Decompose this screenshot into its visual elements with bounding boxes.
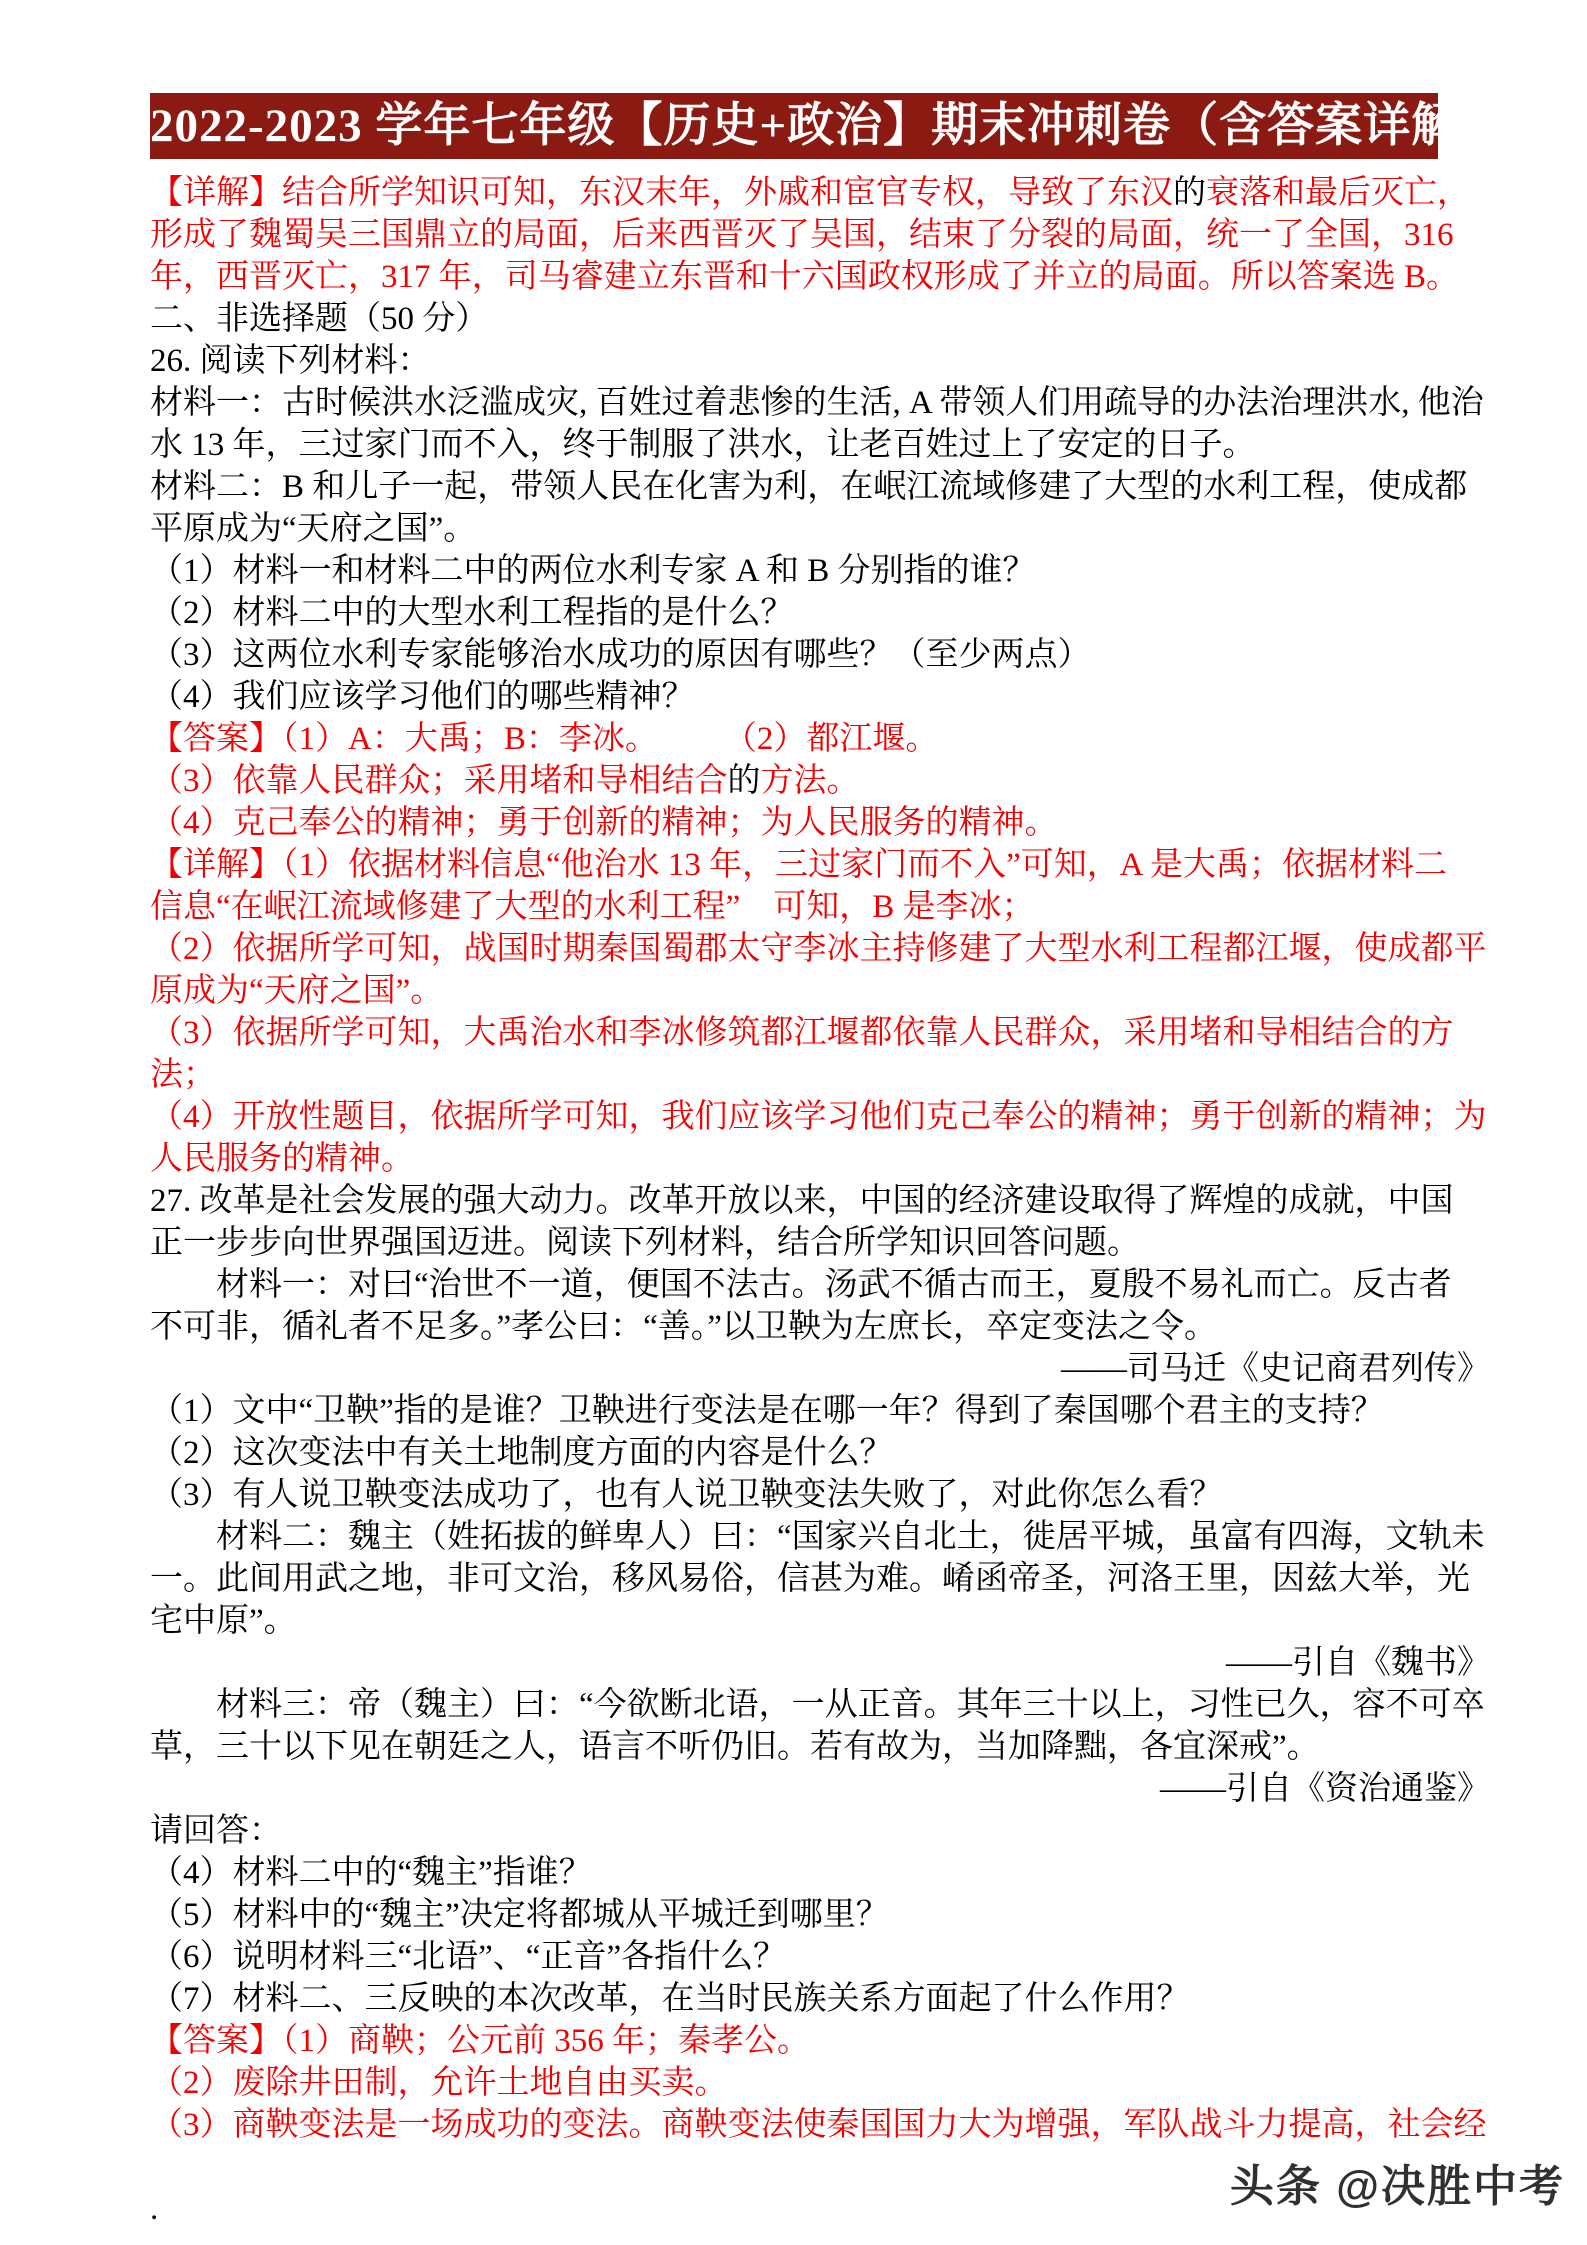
- doc-line: ——引自《资治通鉴》: [150, 1768, 1490, 1810]
- doc-line: 形成了魏蜀吴三国鼎立的局面，后来西晋灭了吴国，结束了分裂的局面，统一了全国，31…: [150, 214, 1490, 256]
- doc-text-segment: （4）克己奉公的精神；勇于创新的精神；为人民服务的精神。: [150, 805, 1058, 841]
- doc-text-segment: 材料一：对曰“治世不一道，便国不法古。汤武不循古而王，夏殷不易礼而亡。反古者: [150, 1267, 1452, 1303]
- doc-line: 【答案】（1）A：大禹；B：李冰。 （2）都江堰。: [150, 718, 1490, 760]
- doc-text-segment: 的: [728, 763, 761, 799]
- doc-line: 请回答：: [150, 1810, 1490, 1852]
- doc-line: 27. 改革是社会发展的强大动力。改革开放以来，中国的经济建设取得了辉煌的成就，…: [150, 1180, 1490, 1222]
- doc-text-segment: 【答案】（1）商鞅；公元前 356 年；秦孝公。: [150, 2023, 810, 2059]
- doc-line: （6）说明材料三“北语”、“正音”各指什么？: [150, 1936, 1490, 1978]
- doc-line: 材料二：魏主（姓拓拔的鲜卑人）曰：“国家兴自北土，徙居平城，虽富有四海，文轨未: [150, 1516, 1490, 1558]
- doc-text-segment: 材料二：魏主（姓拓拔的鲜卑人）曰：“国家兴自北土，徙居平城，虽富有四海，文轨未: [150, 1519, 1485, 1555]
- doc-text-segment: （4）开放性题目，依据所学可知，我们应该学习他们克己奉公的精神；勇于创新的精神；…: [150, 1099, 1487, 1135]
- doc-line: （3）依靠人民群众；采用堵和导相结合的方法。: [150, 760, 1490, 802]
- doc-text-segment: 材料二：B 和儿子一起，带领人民在化害为利，在岷江流域修建了大型的水利工程，使成…: [150, 469, 1467, 505]
- doc-text-segment: （6）说明材料三“北语”、“正音”各指什么？: [150, 1939, 786, 1975]
- doc-text-segment: 请回答：: [150, 1813, 282, 1849]
- doc-text-segment: （3）有人说卫鞅变法成功了，也有人说卫鞅变法失败了，对此你怎么看？: [150, 1477, 1223, 1513]
- doc-text-segment: （2）这次变法中有关土地制度方面的内容是什么？: [150, 1435, 893, 1471]
- doc-text-segment: 信息“在岷江流域修建了大型的水利工程” 可知，B 是李冰；: [150, 889, 1035, 925]
- doc-line: 材料二：B 和儿子一起，带领人民在化害为利，在岷江流域修建了大型的水利工程，使成…: [150, 466, 1490, 508]
- doc-line: ——引自《魏书》: [150, 1642, 1490, 1684]
- doc-line: 一。此间用武之地，非可文治，移风易俗，信甚为难。崤函帝圣，河洛王里，因兹大举，光: [150, 1558, 1490, 1600]
- doc-line: （2）废除井田制，允许土地自由买卖。: [150, 2062, 1490, 2104]
- doc-text-segment: 一。此间用武之地，非可文治，移风易俗，信甚为难。崤函帝圣，河洛王里，因兹大举，光: [150, 1561, 1470, 1597]
- doc-line: 人民服务的精神。: [150, 1138, 1490, 1180]
- doc-text-segment: 平原成为“天府之国”。: [150, 511, 476, 547]
- doc-line: （3）有人说卫鞅变法成功了，也有人说卫鞅变法失败了，对此你怎么看？: [150, 1474, 1490, 1516]
- doc-line: （1）文中“卫鞅”指的是谁？卫鞅进行变法是在哪一年？得到了秦国哪个君主的支持？: [150, 1390, 1490, 1432]
- doc-text-segment: 27. 改革是社会发展的强大动力。改革开放以来，中国的经济建设取得了辉煌的成就，…: [150, 1183, 1454, 1219]
- doc-line: （2）依据所学可知，战国时期秦国蜀郡太守李冰主持修建了大型水利工程都江堰，使成都…: [150, 928, 1490, 970]
- doc-text-segment: （3）这两位水利专家能够治水成功的原因有哪些？（至少两点）: [150, 637, 1091, 673]
- doc-text-segment: （1）文中“卫鞅”指的是谁？卫鞅进行变法是在哪一年？得到了秦国哪个君主的支持？: [150, 1393, 1384, 1429]
- doc-text-segment: 宅中原”。: [150, 1603, 297, 1639]
- doc-text-segment: （2）依据所学可知，战国时期秦国蜀郡太守李冰主持修建了大型水利工程都江堰，使成都…: [150, 931, 1487, 967]
- doc-text-segment: 人民服务的精神。: [150, 1141, 414, 1177]
- watermark-text: 头条 @决胜中考: [1230, 2162, 1565, 2211]
- doc-line: （4）开放性题目，依据所学可知，我们应该学习他们克己奉公的精神；勇于创新的精神；…: [150, 1096, 1490, 1138]
- doc-line: 26. 阅读下列材料：: [150, 340, 1490, 382]
- doc-line: 信息“在岷江流域修建了大型的水利工程” 可知，B 是李冰；: [150, 886, 1490, 928]
- doc-text-segment: 方法。: [761, 763, 860, 799]
- doc-text-segment: 【详解】（1）依据材料信息“他治水 13 年，三过家门而不入”可知，A 是大禹；…: [150, 847, 1447, 883]
- doc-text-segment: 材料三：帝（魏主）曰：“今欲断北语，一从正音。其年三十以上，习性已久，容不可卒: [150, 1687, 1485, 1723]
- doc-line: 材料三：帝（魏主）曰：“今欲断北语，一从正音。其年三十以上，习性已久，容不可卒: [150, 1684, 1490, 1726]
- doc-line: 平原成为“天府之国”。: [150, 508, 1490, 550]
- doc-text-segment: 形成了魏蜀吴三国鼎立的局面，后来西晋灭了吴国，结束了分裂的局面，统一了全国，31…: [150, 217, 1454, 253]
- doc-line: （3）这两位水利专家能够治水成功的原因有哪些？（至少两点）: [150, 634, 1490, 676]
- doc-line: （5）材料中的“魏主”决定将都城从平城迁到哪里？: [150, 1894, 1490, 1936]
- doc-text-segment: （2）材料二中的大型水利工程指的是什么？: [150, 595, 794, 631]
- toutiao-watermark: 头条 @决胜中考: [1230, 2150, 1565, 2214]
- doc-line: （7）材料二、三反映的本次改革，在当时民族关系方面起了什么作用？: [150, 1978, 1490, 2020]
- doc-line: 【详解】（1）依据材料信息“他治水 13 年，三过家门而不入”可知，A 是大禹；…: [150, 844, 1490, 886]
- doc-text-segment: ——司马迁《史记商君列传》: [1061, 1351, 1490, 1387]
- doc-text-segment: .: [150, 2191, 158, 2227]
- doc-text-segment: ——引自《资治通鉴》: [1160, 1771, 1490, 1807]
- exam-body-text: 【详解】结合所学知识可知，东汉末年，外戚和宦官专权，导致了东汉的衰落和最后灭亡，…: [150, 172, 1490, 2230]
- doc-text-segment: 26. 阅读下列材料：: [150, 343, 431, 379]
- doc-text-segment: 【答案】（1）A：大禹；B：李冰。 （2）都江堰。: [150, 721, 938, 757]
- doc-text-segment: （3）依靠人民群众；采用堵和导相结合: [150, 763, 728, 799]
- doc-line: 水 13 年，三过家门而不入，终于制服了洪水，让老百姓过上了安定的日子。: [150, 424, 1490, 466]
- doc-line: （4）材料二中的“魏主”指谁？: [150, 1852, 1490, 1894]
- doc-line: 【详解】结合所学知识可知，东汉末年，外戚和宦官专权，导致了东汉的衰落和最后灭亡，: [150, 172, 1490, 214]
- doc-text-segment: ——引自《魏书》: [1226, 1645, 1490, 1681]
- doc-text-segment: 年，西晋灭亡，317 年，司马睿建立东晋和十六国政权形成了并立的局面。所以答案选…: [150, 259, 1459, 295]
- doc-text-segment: （1）材料一和材料二中的两位水利专家 A 和 B 分别指的谁？: [150, 553, 1036, 589]
- doc-line: 宅中原”。: [150, 1600, 1490, 1642]
- doc-text-segment: （3）依据所学可知，大禹治水和李冰修筑都江堰都依靠人民群众，采用堵和导相结合的方…: [150, 1015, 1454, 1093]
- doc-line: 材料一：对曰“治世不一道，便国不法古。汤武不循古而王，夏殷不易礼而亡。反古者: [150, 1264, 1490, 1306]
- doc-text-segment: 草，三十以下见在朝廷之人，语言不听仍旧。若有故为，当加降黜，各宜深戒”。: [150, 1729, 1320, 1765]
- doc-text-segment: （5）材料中的“魏主”决定将都城从平城迁到哪里？: [150, 1897, 889, 1933]
- doc-line: （2）材料二中的大型水利工程指的是什么？: [150, 592, 1490, 634]
- exam-document-page: 2022-2023 学年七年级【历史+政治】期末冲刺卷（含答案详解） 【详解】结…: [0, 0, 1587, 2245]
- doc-text-segment: （4）材料二中的“魏主”指谁？: [150, 1855, 592, 1891]
- doc-line: 年，西晋灭亡，317 年，司马睿建立东晋和十六国政权形成了并立的局面。所以答案选…: [150, 256, 1490, 298]
- doc-line: （2）这次变法中有关土地制度方面的内容是什么？: [150, 1432, 1490, 1474]
- doc-text-segment: （2）废除井田制，允许土地自由买卖。: [150, 2065, 728, 2101]
- doc-text-segment: 正一步步向世界强国迈进。阅读下列材料，结合所学知识回答问题。: [150, 1225, 1140, 1261]
- doc-text-segment: 水 13 年，三过家门而不入，终于制服了洪水，让老百姓过上了安定的日子。: [150, 427, 1256, 463]
- doc-line: （1）材料一和材料二中的两位水利专家 A 和 B 分别指的谁？: [150, 550, 1490, 592]
- doc-text-segment: 材料一：古时候洪水泛滥成灾, 百姓过着悲惨的生活, A 带领人们用疏导的办法治理…: [150, 385, 1484, 421]
- doc-line: （4）我们应该学习他们的哪些精神？: [150, 676, 1490, 718]
- exam-title-banner: 2022-2023 学年七年级【历史+政治】期末冲刺卷（含答案详解）: [150, 93, 1438, 159]
- doc-text-segment: （3）商鞅变法是一场成功的变法。商鞅变法使秦国国力大为增强，军队战斗力提高，社会…: [150, 2107, 1487, 2143]
- doc-text-segment: 衰落和最后灭亡，: [1206, 175, 1470, 211]
- doc-line: 原成为“天府之国”。: [150, 970, 1490, 1012]
- doc-line: 不可非，循礼者不足多。”孝公曰：“善。”以卫鞅为左庶长，卒定变法之令。: [150, 1306, 1490, 1348]
- doc-line: 【答案】（1）商鞅；公元前 356 年；秦孝公。: [150, 2020, 1490, 2062]
- doc-line: 草，三十以下见在朝廷之人，语言不听仍旧。若有故为，当加降黜，各宜深戒”。: [150, 1726, 1490, 1768]
- doc-text-segment: 二、非选择题（50 分）: [150, 301, 488, 337]
- doc-line: ——司马迁《史记商君列传》: [150, 1348, 1490, 1390]
- doc-text-segment: 原成为“天府之国”。: [150, 973, 443, 1009]
- doc-line: （3）依据所学可知，大禹治水和李冰修筑都江堰都依靠人民群众，采用堵和导相结合的方…: [150, 1012, 1490, 1096]
- doc-line: （3）商鞅变法是一场成功的变法。商鞅变法使秦国国力大为增强，军队战斗力提高，社会…: [150, 2104, 1490, 2146]
- doc-text-segment: （4）我们应该学习他们的哪些精神？: [150, 679, 695, 715]
- exam-title: 2022-2023 学年七年级【历史+政治】期末冲刺卷（含答案详解）: [150, 100, 1438, 152]
- doc-line: 材料一：古时候洪水泛滥成灾, 百姓过着悲惨的生活, A 带领人们用疏导的办法治理…: [150, 382, 1490, 424]
- doc-text-segment: （7）材料二、三反映的本次改革，在当时民族关系方面起了什么作用？: [150, 1981, 1190, 2017]
- doc-text-segment: 的: [1173, 175, 1206, 211]
- doc-line: 正一步步向世界强国迈进。阅读下列材料，结合所学知识回答问题。: [150, 1222, 1490, 1264]
- doc-text-segment: 【详解】结合所学知识可知，东汉末年，外戚和宦官专权，导致了东汉: [150, 175, 1173, 211]
- doc-line: （4）克己奉公的精神；勇于创新的精神；为人民服务的精神。: [150, 802, 1490, 844]
- doc-text-segment: 不可非，循礼者不足多。”孝公曰：“善。”以卫鞅为左庶长，卒定变法之令。: [150, 1309, 1217, 1345]
- doc-line: 二、非选择题（50 分）: [150, 298, 1490, 340]
